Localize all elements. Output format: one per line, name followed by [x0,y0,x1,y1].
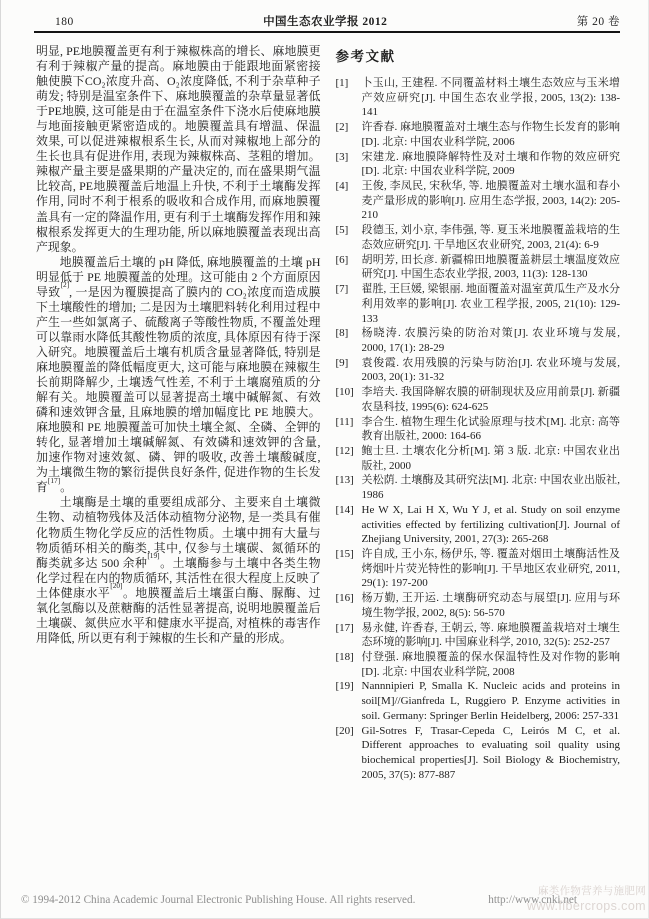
body-paragraph: 土壤酶是土壤的重要组成部分、主要来自土壤微生物、动植物残体及活体动植物分泌物, … [36,495,321,645]
references-column: 参考文献 [1] 卜玉山, 王建程. 不同覆盖材料土壤生态效应与玉米增产效应研究… [336,44,621,783]
page-body: 明显, PE地膜覆盖更有利于辣椒株高的增长、麻地膜更有利于辣椒产量的提高。麻地膜… [36,44,620,783]
watermark-url: www.fibercrops.com [527,899,646,913]
reference-item: [8] 杨晓涛. 农膜污染的防治对策[J]. 农业环境与发展, 2000, 17… [336,326,621,355]
reference-item: [9] 袁俊霞. 农用残膜的污染与防治[J]. 农业环境与发展, 2003, 2… [336,356,621,385]
reference-number: [8] [336,326,362,341]
references-list: [1] 卜玉山, 王建程. 不同覆盖材料土壤生态效应与玉米增产效应研究[J]. … [336,76,621,783]
reference-item: [13] 关松荫. 土壤酶及其研究法[M]. 北京: 中国农业出版社, 1986 [336,473,621,502]
reference-text: 许香春. 麻地膜覆盖对土壤生态与作物生长发育的影响[D]. 北京: 中国农业科学… [362,120,621,149]
reference-item: [1] 卜玉山, 王建程. 不同覆盖材料土壤生态效应与玉米增产效应研究[J]. … [336,76,621,120]
reference-item: [18] 付登强. 麻地膜覆盖的保水保温特性及对作物的影响[D]. 北京: 中国… [336,650,621,679]
reference-number: [5] [336,223,362,238]
volume-label: 第 20 卷 [577,13,620,29]
reference-text: 卜玉山, 王建程. 不同覆盖材料土壤生态效应与玉米增产效应研究[J]. 中国生态… [362,76,621,120]
reference-item: [14] He W X, Lai H X, Wu Y J, et al. Stu… [336,503,621,547]
reference-number: [18] [336,650,362,665]
reference-text: 杨万勤, 王开运. 土壤酶研究动态与展望[J]. 应用与环境生物学报, 2002… [362,591,621,620]
reference-text: 宋建龙. 麻地膜降解特性及对土壤和作物的效应研究[D]. 北京: 中国农业科学院… [362,150,621,179]
reference-text: 关松荫. 土壤酶及其研究法[M]. 北京: 中国农业出版社, 1986 [362,473,621,502]
reference-item: [16] 杨万勤, 王开运. 土壤酶研究动态与展望[J]. 应用与环境生物学报,… [336,591,621,620]
copyright-notice: © 1994-2012 China Academic Journal Elect… [21,894,415,906]
reference-text: 王俊, 李凤民, 宋秋华, 等. 地膜覆盖对土壤水温和春小麦产量形成的影响[J]… [362,179,621,223]
reference-text: 易永健, 许香春, 王朝云, 等. 麻地膜覆盖栽培对土壤生态环境的影响[J]. … [362,621,621,650]
reference-number: [15] [336,547,362,562]
reference-item: [2] 许香春. 麻地膜覆盖对土壤生态与作物生长发育的影响[D]. 北京: 中国… [336,120,621,149]
reference-number: [1] [336,76,362,91]
reference-number: [9] [336,356,362,371]
reference-text: 段德玉, 刘小京, 李伟强, 等. 夏玉米地膜覆盖栽培的生态效应研究[J]. 干… [362,223,621,252]
reference-item: [4] 王俊, 李凤民, 宋秋华, 等. 地膜覆盖对土壤水温和春小麦产量形成的影… [336,179,621,223]
reference-text: 袁俊霞. 农用残膜的污染与防治[J]. 农业环境与发展, 2003, 20(1)… [362,356,621,385]
reference-item: [11] 李合生. 植物生理生化试验原理与技术[M]. 北京: 高等教育出版社,… [336,415,621,444]
reference-number: [16] [336,591,362,606]
reference-text: 付登强. 麻地膜覆盖的保水保温特性及对作物的影响[D]. 北京: 中国农业科学院… [362,650,621,679]
reference-number: [4] [336,179,362,194]
reference-number: [13] [336,473,362,488]
reference-text: Nannnipieri P, Smalla K. Nucleic acids a… [362,679,621,723]
reference-item: [6] 胡明芳, 田长彦. 新疆棉田地膜覆盖耕层土壤温度效应研究[J]. 中国生… [336,253,621,282]
reference-text: 翟胜, 王巨媛, 梁银丽. 地面覆盖对温室黄瓜生产及水分利用效率的影响[J]. … [362,282,621,326]
reference-number: [7] [336,282,362,297]
header-rule [34,31,620,33]
body-paragraph: 明显, PE地膜覆盖更有利于辣椒株高的增长、麻地膜更有利于辣椒产量的提高。麻地膜… [36,44,321,255]
reference-number: [12] [336,444,362,459]
reference-text: 李合生. 植物生理生化试验原理与技术[M]. 北京: 高等教育出版社, 2000… [362,415,621,444]
reference-item: [19] Nannnipieri P, Smalla K. Nucleic ac… [336,679,621,723]
reference-item: [10] 李培夫. 我国降解农膜的研制现状及应用前景[J]. 新疆农垦科技, 1… [336,385,621,414]
body-text-column: 明显, PE地膜覆盖更有利于辣椒株高的增长、麻地膜更有利于辣椒产量的提高。麻地膜… [36,44,321,783]
reference-number: [19] [336,679,362,694]
reference-text: 杨晓涛. 农膜污染的防治对策[J]. 农业环境与发展, 2000, 17(1):… [362,326,621,355]
page-footer: © 1994-2012 China Academic Journal Elect… [21,894,577,906]
page-number: 180 [34,16,74,28]
reference-text: He W X, Lai H X, Wu Y J, et al. Study on… [362,503,621,547]
reference-number: [6] [336,253,362,268]
reference-item: [12] 鲍士旦. 土壤农化分析[M]. 第 3 版. 北京: 中国农业出版社,… [336,444,621,473]
reference-item: [17] 易永健, 许香春, 王朝云, 等. 麻地膜覆盖栽培对土壤生态环境的影响… [336,621,621,650]
reference-item: [20] Gil-Sotres F, Trasar-Cepeda C, Leir… [336,724,621,783]
reference-text: 李培夫. 我国降解农膜的研制现状及应用前景[J]. 新疆农垦科技, 1995(6… [362,385,621,414]
journal-title: 中国生态农业学报 2012 [263,13,387,29]
reference-item: [15] 许自成, 王小东, 杨伊乐, 等. 覆盖对烟田土壤酶活性及烤烟叶片荧光… [336,547,621,591]
reference-item: [5] 段德玉, 刘小京, 李伟强, 等. 夏玉米地膜覆盖栽培的生态效应研究[J… [336,223,621,252]
reference-text: Gil-Sotres F, Trasar-Cepeda C, Leirós M … [362,724,621,783]
reference-number: [2] [336,120,362,135]
reference-item: [7] 翟胜, 王巨媛, 梁银丽. 地面覆盖对温室黄瓜生产及水分利用效率的影响[… [336,282,621,326]
reference-number: [20] [336,724,362,739]
reference-number: [17] [336,621,362,636]
page-header: 180 中国生态农业学报 2012 第 20 卷 [34,13,620,29]
watermark-site-name: 麻类作物营养与施肥网 [527,885,646,899]
watermark: 麻类作物营养与施肥网 www.fibercrops.com [527,885,646,913]
reference-number: [10] [336,385,362,400]
reference-number: [11] [336,415,362,430]
references-heading: 参考文献 [336,45,621,65]
body-paragraph: 地膜覆盖后土壤的 pH 降低, 麻地膜覆盖的土壤 pH 明显低于 PE 地膜覆盖… [36,255,321,496]
reference-item: [3] 宋建龙. 麻地膜降解特性及对土壤和作物的效应研究[D]. 北京: 中国农… [336,150,621,179]
reference-number: [3] [336,150,362,165]
reference-text: 胡明芳, 田长彦. 新疆棉田地膜覆盖耕层土壤温度效应研究[J]. 中国生态农业学… [362,253,621,282]
reference-text: 鲍士旦. 土壤农化分析[M]. 第 3 版. 北京: 中国农业出版社, 2000 [362,444,621,473]
reference-number: [14] [336,503,362,518]
reference-text: 许自成, 王小东, 杨伊乐, 等. 覆盖对烟田土壤酶活性及烤烟叶片荧光特性的影响… [362,547,621,591]
